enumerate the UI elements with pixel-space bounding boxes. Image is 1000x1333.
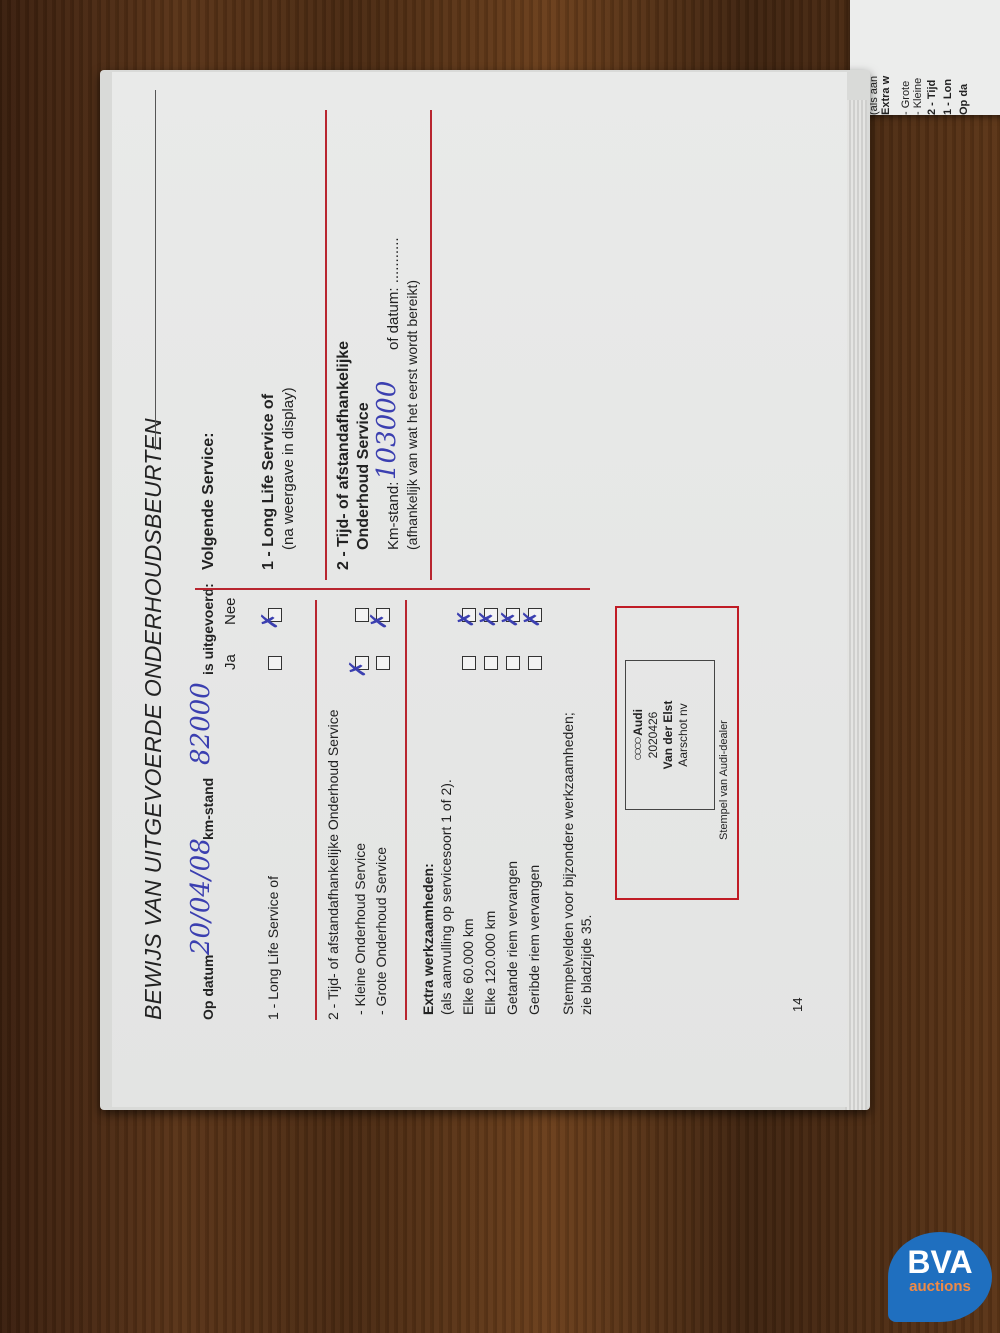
next-tijd-title-2: Onderhoud Service bbox=[355, 402, 373, 550]
tijd-label: 2 - Tijd- of afstandafhankelijke Onderho… bbox=[325, 709, 341, 1020]
next-page-line: Extra w bbox=[880, 76, 892, 115]
extra-ja-checkbox[interactable] bbox=[506, 656, 520, 670]
next-page-line: Op da bbox=[958, 84, 970, 115]
extra-subtitle: (als aanvulling op servicesoort 1 of 2). bbox=[438, 779, 454, 1015]
extra-item: Elke 60.000 km bbox=[460, 919, 476, 1016]
stamp-brand: Audi bbox=[631, 709, 645, 736]
long-life-ja-checkbox[interactable] bbox=[268, 656, 282, 670]
stempel-note: Stempelvelden voor bijzondere werkzaamhe… bbox=[560, 712, 576, 1015]
column-divider bbox=[195, 589, 590, 591]
stamp-company: Aarschot nv bbox=[676, 665, 691, 805]
next-page-line: - Kleine bbox=[912, 78, 924, 115]
extra-item: Elke 120.000 km bbox=[482, 911, 498, 1015]
extra-ja-checkbox[interactable] bbox=[484, 656, 498, 670]
next-datum-label: of datum: ........... bbox=[385, 237, 402, 350]
check-mark-icon: ✗ bbox=[258, 612, 283, 630]
next-long-life-title: 1 - Long Life Service of bbox=[260, 394, 278, 570]
extra-ja-checkbox[interactable] bbox=[528, 656, 542, 670]
bva-brand: BVA bbox=[888, 1246, 992, 1278]
next-service-note: (afhankelijk van wat het eerst wordt ber… bbox=[404, 280, 420, 550]
next-page-line: - Grote bbox=[900, 81, 912, 115]
audi-rings-icon: ○○○○ bbox=[629, 739, 645, 761]
bva-sub: auctions bbox=[888, 1278, 992, 1295]
page-number: 14 bbox=[790, 998, 805, 1012]
next-tijd-title: 2 - Tijd- of afstandafhankelijke bbox=[335, 341, 353, 570]
next-km-stand-value: 103000 bbox=[372, 381, 402, 480]
check-mark-icon: ✗ bbox=[520, 610, 545, 628]
stamp-dealer: Van der Elst bbox=[661, 665, 676, 805]
long-life-label: 1 - Long Life Service of bbox=[265, 876, 281, 1020]
grote-label: - Grote Onderhoud Service bbox=[373, 847, 389, 1015]
extra-item: Getande riem vervangen bbox=[504, 861, 520, 1015]
title-rule bbox=[155, 90, 156, 450]
ja-label: Ja bbox=[222, 654, 239, 670]
section-divider bbox=[315, 600, 317, 1020]
stamp-number: 2020426 bbox=[646, 665, 661, 805]
op-datum-label: Op datum bbox=[200, 955, 216, 1020]
check-mark-icon: ✗ bbox=[367, 612, 392, 630]
extra-title: Extra werkzaamheden: bbox=[420, 863, 436, 1015]
page-title: BEWIJS VAN UITGEVOERDE ONDERHOUDSBEURTEN bbox=[140, 418, 167, 1020]
extra-item: Geribde riem vervangen bbox=[526, 865, 542, 1015]
next-page-line: 1 - Lon bbox=[942, 79, 954, 115]
bva-auctions-logo: BVA auctions bbox=[888, 1232, 992, 1322]
next-km-stand-label: Km-stand: bbox=[385, 482, 402, 550]
stempel-note: zie bladzijde 35. bbox=[578, 915, 594, 1015]
km-stand-label: km-stand bbox=[200, 778, 216, 840]
next-page-line: 2 - Tijd bbox=[926, 80, 938, 115]
grote-ja-checkbox[interactable] bbox=[376, 656, 390, 670]
dealer-stamp: ○○○○ Audi 2020426 Van der Elst Aarschot … bbox=[625, 660, 715, 810]
check-mark-icon: ✗ bbox=[346, 660, 371, 678]
section-divider bbox=[430, 110, 432, 580]
page-content: BEWIJS VAN UITGEVOERDE ONDERHOUDSBEURTEN… bbox=[120, 80, 830, 1040]
uitgevoerd-label: is uitgevoerd: bbox=[200, 583, 216, 675]
kleine-label: - Kleine Onderhoud Service bbox=[352, 843, 368, 1015]
stamp-caption: Stempel van Audi-dealer bbox=[718, 720, 730, 840]
extra-ja-checkbox[interactable] bbox=[462, 656, 476, 670]
section-divider bbox=[325, 110, 327, 580]
section-divider bbox=[405, 600, 407, 1020]
km-stand-value: 82000 bbox=[186, 682, 216, 765]
op-datum-value: 20/04/08 bbox=[186, 838, 216, 955]
next-long-life-sub: (na weergave in display) bbox=[280, 387, 297, 550]
nee-label: Nee bbox=[222, 597, 239, 625]
page-edges bbox=[845, 100, 867, 1110]
volgende-service-label: Volgende Service: bbox=[200, 432, 218, 570]
next-page-fragment: Op da 1 - Lon 2 - Tijd - Kleine - Grote … bbox=[850, 0, 1000, 115]
